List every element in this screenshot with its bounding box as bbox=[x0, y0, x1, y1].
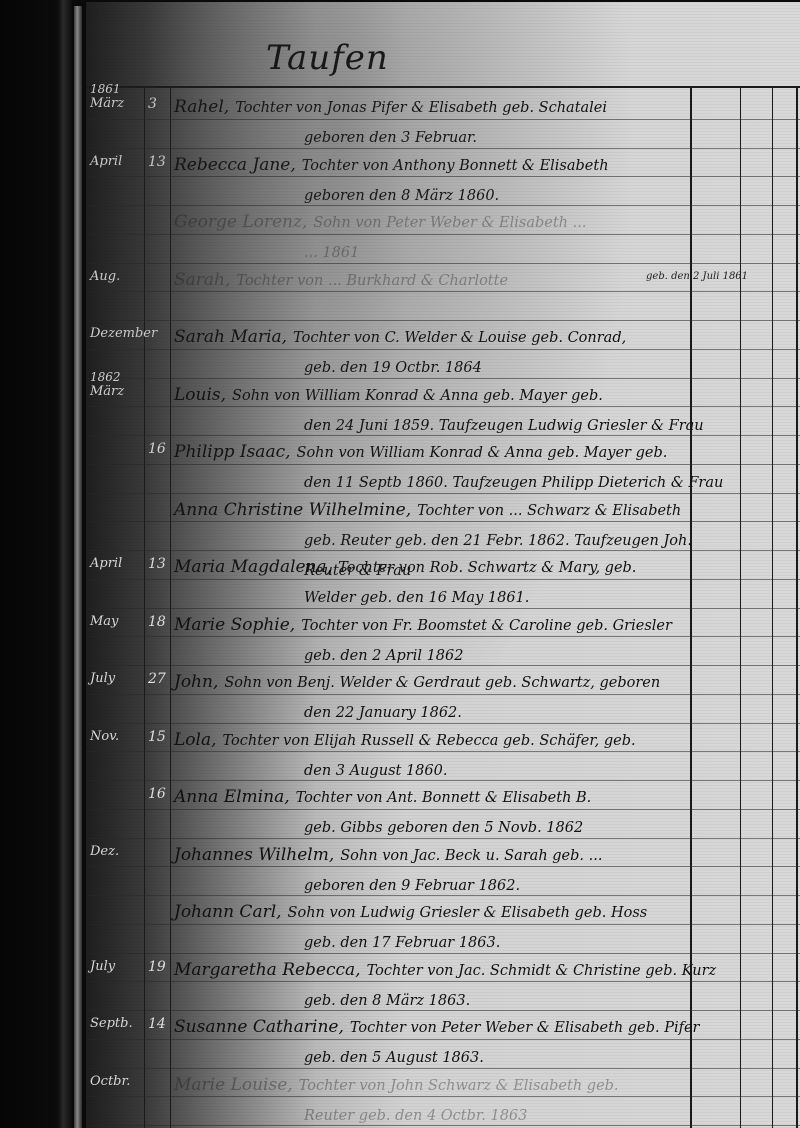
entry-text: Maria Magdalena,Tochter von Rob. Schwart… bbox=[174, 552, 734, 613]
parents-text: Tochter von Peter Weber & Elisabeth geb.… bbox=[350, 1020, 700, 1036]
child-name: Marie Louise, bbox=[174, 1075, 293, 1095]
parents-text: Tochter von ... Burkhard & Charlotte bbox=[236, 273, 508, 289]
entry-text: Philipp Isaac,Sohn von William Konrad & … bbox=[174, 437, 734, 498]
register-entry: Aug.Sarah,Tochter von ... Burkhard & Cha… bbox=[86, 263, 800, 321]
register-entry: April13Rebecca Jane,Tochter von Anthony … bbox=[86, 148, 800, 206]
child-name: Sarah, bbox=[174, 270, 230, 290]
entry-day: 16 bbox=[148, 786, 168, 802]
child-name: Johann Carl, bbox=[174, 902, 282, 922]
child-name: Sarah Maria, bbox=[174, 327, 287, 347]
parents-text: Tochter von Ant. Bonnett & Elisabeth B. bbox=[296, 790, 592, 806]
register-entry: George Lorenz,Sohn von Peter Weber & Eli… bbox=[86, 205, 800, 263]
register-entry: July19Margaretha Rebecca,Tochter von Jac… bbox=[86, 953, 800, 1011]
parents-text: Tochter von C. Welder & Louise geb. Conr… bbox=[293, 330, 626, 346]
child-name: Margaretha Rebecca, bbox=[174, 960, 361, 980]
entry-text: Johannes Wilhelm,Sohn von Jac. Beck u. S… bbox=[174, 840, 734, 901]
entry-month: April bbox=[90, 154, 142, 169]
entry-text: Susanne Catharine,Tochter von Peter Webe… bbox=[174, 1012, 734, 1073]
margin-annotation: geb. den 2 Juli 1861 bbox=[646, 271, 748, 282]
parents-text: Tochter von Anthony Bonnett & Elisabeth bbox=[302, 158, 609, 174]
entry-text: Louis,Sohn von William Konrad & Anna geb… bbox=[174, 380, 734, 441]
parents-text: Tochter von Jac. Schmidt & Christine geb… bbox=[367, 963, 717, 979]
child-name: Maria Magdalena, bbox=[174, 557, 332, 577]
entry-day: 3 bbox=[148, 96, 168, 112]
entry-text: Anna Elmina,Tochter von Ant. Bonnett & E… bbox=[174, 782, 734, 843]
child-name: Rebecca Jane, bbox=[174, 155, 296, 175]
entry-text: John,Sohn von Benj. Welder & Gerdraut ge… bbox=[174, 667, 734, 728]
parents-text: Tochter von John Schwarz & Elisabeth geb… bbox=[299, 1078, 619, 1094]
book-binding bbox=[0, 0, 72, 1128]
entry-day: 16 bbox=[148, 441, 168, 457]
entry-text: Rebecca Jane,Tochter von Anthony Bonnett… bbox=[174, 150, 734, 211]
child-name: Louis, bbox=[174, 385, 226, 405]
entry-text: Marie Sophie,Tochter von Fr. Boomstet & … bbox=[174, 610, 734, 671]
entry-day: 18 bbox=[148, 614, 168, 630]
parents-text: Tochter von Elijah Russell & Rebecca geb… bbox=[223, 733, 636, 749]
entry-text: Lola,Tochter von Elijah Russell & Rebecc… bbox=[174, 725, 734, 786]
register-entry: Nov.15Lola,Tochter von Elijah Russell & … bbox=[86, 723, 800, 781]
parents-text: Sohn von Jac. Beck u. Sarah geb. ... bbox=[340, 848, 602, 864]
child-name: John, bbox=[174, 672, 218, 692]
parents-text: Sohn von William Konrad & Anna geb. Maye… bbox=[297, 445, 668, 461]
child-name: Anna Christine Wilhelmine, bbox=[174, 500, 411, 520]
child-name: Susanne Catharine, bbox=[174, 1017, 344, 1037]
page-number: 8 bbox=[92, 6, 99, 19]
entry-text: George Lorenz,Sohn von Peter Weber & Eli… bbox=[174, 207, 734, 268]
register-entry: DezemberSarah Maria,Tochter von C. Welde… bbox=[86, 320, 800, 378]
register-entry: Octbr.Marie Louise,Tochter von John Schw… bbox=[86, 1068, 800, 1126]
entry-text: Johann Carl,Sohn von Ludwig Griesler & E… bbox=[174, 897, 734, 958]
entry-month: Dezember bbox=[90, 326, 142, 341]
parents-text: Tochter von Fr. Boomstet & Caroline geb.… bbox=[301, 618, 672, 634]
entry-month: April bbox=[90, 556, 142, 571]
entry-day: 14 bbox=[148, 1016, 168, 1032]
child-name: Johannes Wilhelm, bbox=[174, 845, 334, 865]
entry-day: 15 bbox=[148, 729, 168, 745]
register-entry: 16Anna Elmina,Tochter von Ant. Bonnett &… bbox=[86, 780, 800, 838]
entry-month: May bbox=[90, 614, 142, 629]
parents-text: Tochter von Jonas Pifer & Elisabeth geb.… bbox=[235, 100, 607, 116]
entry-text: Margaretha Rebecca,Tochter von Jac. Schm… bbox=[174, 955, 734, 1016]
register-entry: Anna Christine Wilhelmine,Tochter von ..… bbox=[86, 493, 800, 551]
entry-year: 1862 bbox=[90, 370, 121, 384]
parents-text: Sohn von Peter Weber & Elisabeth ... bbox=[313, 215, 586, 231]
register-entry: 1862MärzLouis,Sohn von William Konrad & … bbox=[86, 378, 800, 436]
header-rule bbox=[86, 86, 800, 88]
child-name: Rahel, bbox=[174, 97, 229, 117]
entry-month: Octbr. bbox=[90, 1074, 142, 1089]
entry-text: Marie Louise,Tochter von John Schwarz & … bbox=[174, 1070, 734, 1128]
parents-text: Tochter von ... Schwarz & Elisabeth bbox=[417, 503, 681, 519]
register-entry: May18Marie Sophie,Tochter von Fr. Boomst… bbox=[86, 608, 800, 666]
child-name: Marie Sophie, bbox=[174, 615, 295, 635]
child-name: Philipp Isaac, bbox=[174, 442, 291, 462]
entry-month: Aug. bbox=[90, 269, 142, 284]
entry-text: Rahel,Tochter von Jonas Pifer & Elisabet… bbox=[174, 92, 734, 153]
child-name: Lola, bbox=[174, 730, 217, 750]
register-entry: April13Maria Magdalena,Tochter von Rob. … bbox=[86, 550, 800, 608]
entry-month: März bbox=[90, 96, 142, 111]
birth-date-text: Reuter geb. den 4 Octbr. 1863 bbox=[174, 1101, 734, 1128]
register-entry: 16Philipp Isaac,Sohn von William Konrad … bbox=[86, 435, 800, 493]
register-entry: 1861März3Rahel,Tochter von Jonas Pifer &… bbox=[86, 90, 800, 148]
entry-day: 13 bbox=[148, 154, 168, 170]
entry-month: Septb. bbox=[90, 1016, 142, 1031]
register-page: 8 Taufen 1861März3Rahel,Tochter von Jona… bbox=[86, 2, 800, 1128]
child-name: Anna Elmina, bbox=[174, 787, 290, 807]
entry-month: July bbox=[90, 959, 142, 974]
parents-text: Sohn von Benj. Welder & Gerdraut geb. Sc… bbox=[224, 675, 660, 691]
entry-month: Nov. bbox=[90, 729, 142, 744]
parents-text: Sohn von William Konrad & Anna geb. Maye… bbox=[232, 388, 603, 404]
binding-edge bbox=[74, 6, 82, 1128]
parents-text: Tochter von Rob. Schwartz & Mary, geb. bbox=[338, 560, 636, 576]
register-entry: Dez.Johannes Wilhelm,Sohn von Jac. Beck … bbox=[86, 838, 800, 896]
register-entry: July27John,Sohn von Benj. Welder & Gerdr… bbox=[86, 665, 800, 723]
entry-month: März bbox=[90, 384, 142, 399]
entry-month: Dez. bbox=[90, 844, 142, 859]
entry-day: 19 bbox=[148, 959, 168, 975]
register-entry: Johann Carl,Sohn von Ludwig Griesler & E… bbox=[86, 895, 800, 953]
entry-day: 27 bbox=[148, 671, 168, 687]
register-entry: Septb.14Susanne Catharine,Tochter von Pe… bbox=[86, 1010, 800, 1068]
parents-text: Sohn von Ludwig Griesler & Elisabeth geb… bbox=[288, 905, 648, 921]
entry-day: 13 bbox=[148, 556, 168, 572]
page-title: Taufen bbox=[266, 38, 389, 78]
entry-text: Sarah Maria,Tochter von C. Welder & Loui… bbox=[174, 322, 734, 383]
child-name: George Lorenz, bbox=[174, 212, 307, 232]
entry-month: July bbox=[90, 671, 142, 686]
register-entries: 1861März3Rahel,Tochter von Jonas Pifer &… bbox=[86, 90, 800, 1125]
entry-year: 1861 bbox=[90, 82, 121, 96]
